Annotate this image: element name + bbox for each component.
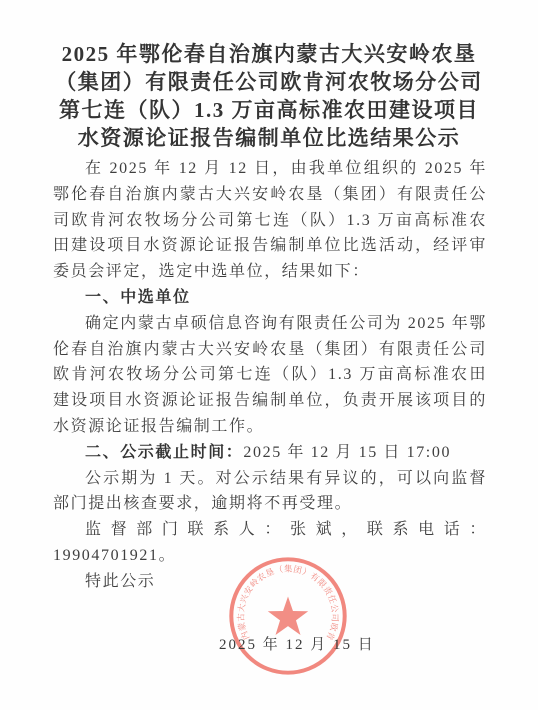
notice-page: 2025 年鄂伦春自治旗内蒙古大兴安岭农垦 （集团）有限责任公司欧肯河农牧场分公… bbox=[0, 0, 538, 710]
title-line: 第七连（队）1.3 万亩高标准农田建设项目 bbox=[30, 96, 508, 124]
deadline-label: 二、公示截止时间： bbox=[85, 444, 243, 461]
title-line: 2025 年鄂伦春自治旗内蒙古大兴安岭农垦 bbox=[30, 40, 508, 68]
paragraph-objection: 公示期为 1 天。对公示结果有异议的，可以向监督部门提出核查要求，逾期将不再受理… bbox=[53, 466, 487, 518]
seal-star-icon bbox=[268, 597, 308, 635]
date-stamp: 2025 年 12 月 15 日 bbox=[219, 633, 375, 654]
title-line: （集团）有限责任公司欧肯河农牧场分公司 bbox=[30, 68, 508, 96]
paragraph-intro: 在 2025 年 12 月 12 日，由我单位组织的 2025 年鄂伦春自治旗内… bbox=[53, 156, 487, 285]
title-line: 水资源论证报告编制单位比选结果公示 bbox=[30, 124, 508, 152]
document-title: 2025 年鄂伦春自治旗内蒙古大兴安岭农垦 （集团）有限责任公司欧肯河农牧场分公… bbox=[30, 40, 508, 152]
document-body: 在 2025 年 12 月 12 日，由我单位组织的 2025 年鄂伦春自治旗内… bbox=[53, 156, 487, 595]
paragraph-deadline: 二、公示截止时间：2025 年 12 月 15 日 17:00 bbox=[53, 440, 487, 466]
paragraph-selected-unit: 确定内蒙古卓硕信息咨询有限责任公司为 2025 年鄂伦春自治旗内蒙古大兴安岭农垦… bbox=[53, 311, 487, 440]
heading-selected-unit: 一、中选单位 bbox=[53, 285, 487, 311]
deadline-value: 2025 年 12 月 15 日 17:00 bbox=[243, 444, 451, 461]
official-seal-icon: 内蒙古大兴安岭农垦（集团）有限责任公司欧肯河农牧场分公司 bbox=[226, 554, 350, 678]
